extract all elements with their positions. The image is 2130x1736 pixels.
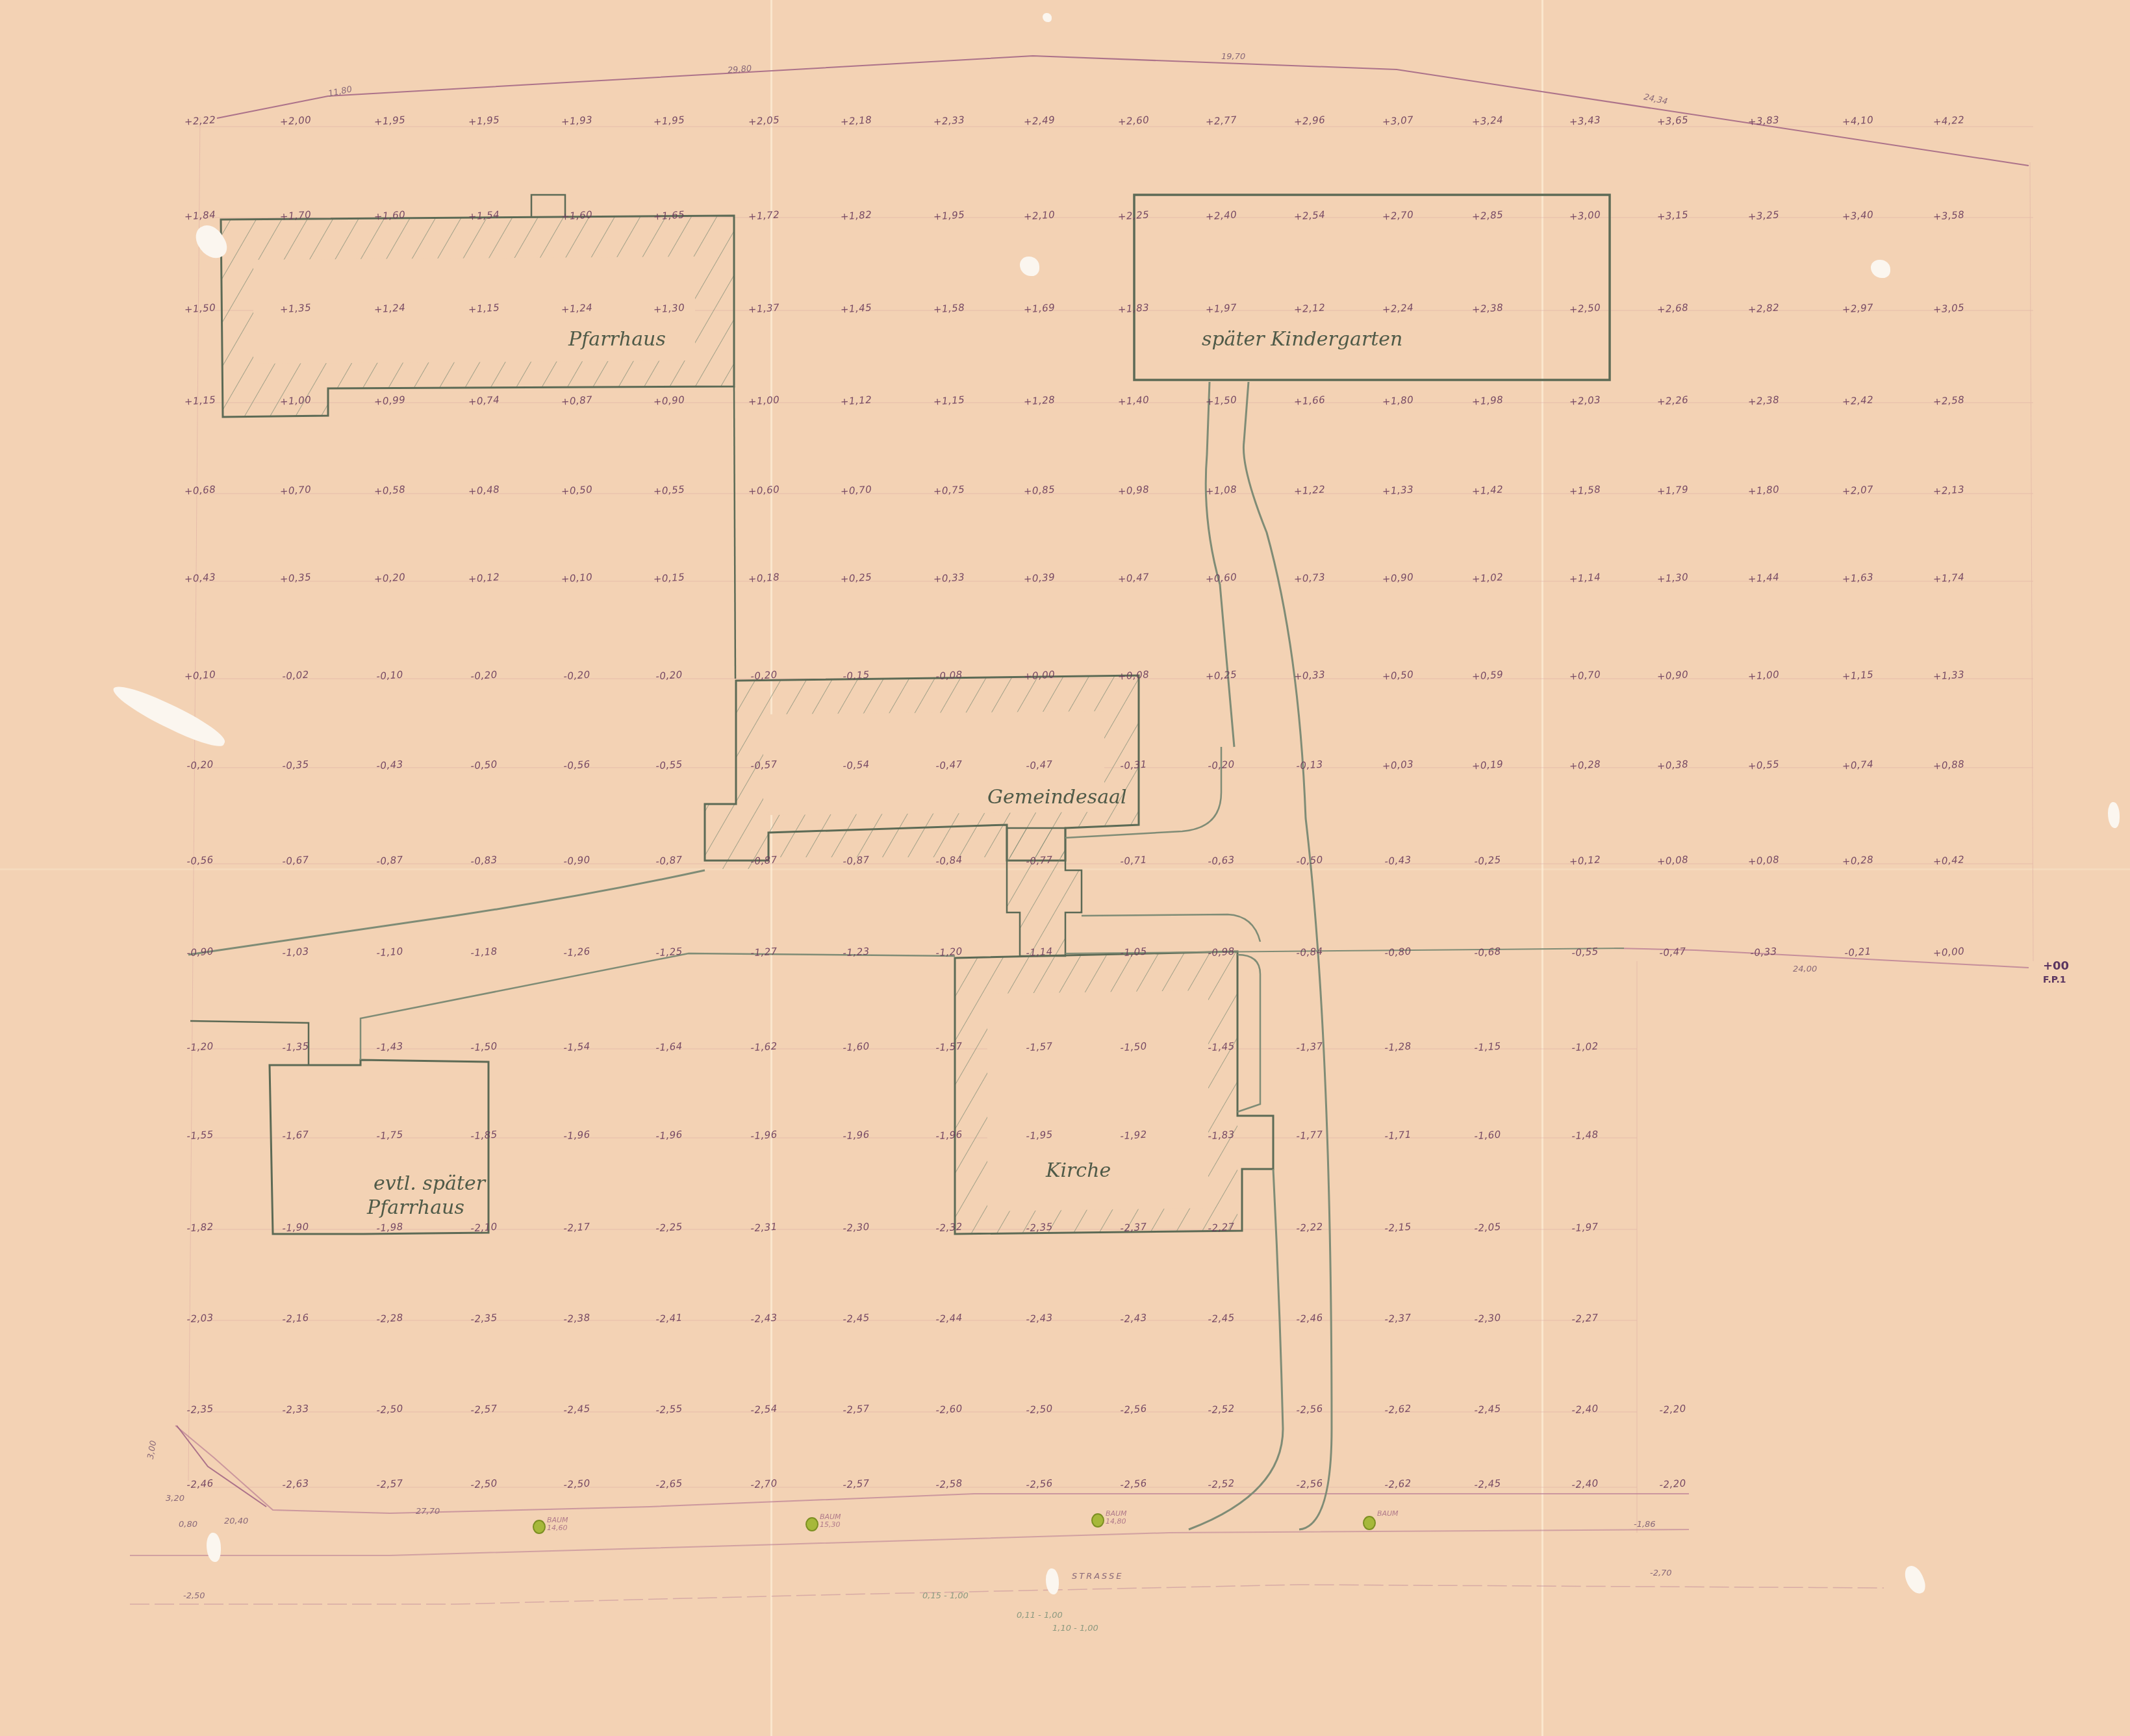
note: -1,86 <box>1634 1520 1656 1529</box>
elevation-value: +1,33 <box>1933 668 1965 682</box>
elevation-value: -2,30 <box>1474 1312 1501 1326</box>
elevation-value: -2,40 <box>1571 1403 1599 1416</box>
elevation-value: -0,87 <box>376 854 403 868</box>
elevation-value: +1,95 <box>653 114 685 127</box>
elevation-value: -0,35 <box>282 759 309 772</box>
elevation-value: -0,02 <box>282 669 309 683</box>
elevation-value: +0,90 <box>1382 571 1414 585</box>
elevation-value: +0,55 <box>1747 758 1780 772</box>
elevation-value: +2,24 <box>1382 301 1414 315</box>
elevation-value: -1,82 <box>186 1221 214 1235</box>
elevation-value: +0,48 <box>468 483 500 497</box>
elevation-value: +0,28 <box>1842 853 1874 867</box>
elevation-value: +0,70 <box>279 483 312 497</box>
elevation-value: -1,85 <box>470 1129 498 1142</box>
elevation-value: -2,55 <box>655 1403 683 1416</box>
elevation-value: +3,83 <box>1747 114 1780 127</box>
elevation-value: +2,58 <box>1933 394 1965 407</box>
elevation-value: -2,37 <box>1120 1221 1147 1235</box>
elevation-value: +0,68 <box>184 483 216 497</box>
elevation-value: +2,25 <box>1117 208 1150 222</box>
elevation-value: -2,60 <box>935 1403 963 1416</box>
elevation-value: -1,97 <box>1571 1221 1599 1235</box>
elevation-value: -0,71 <box>1120 854 1147 868</box>
elevation-value: -0,20 <box>1208 759 1235 772</box>
elevation-value: -1,10 <box>376 946 403 959</box>
elevation-value: -2,45 <box>1474 1403 1501 1416</box>
elevation-value: -0,98 <box>1208 946 1235 959</box>
tree-icon <box>1091 1513 1104 1528</box>
elevation-value: +2,05 <box>748 114 780 127</box>
property-boundary-top <box>217 56 2029 166</box>
elevation-value: +3,58 <box>1933 208 1965 222</box>
paper-tear <box>1043 13 1052 22</box>
elevation-value: -2,35 <box>470 1312 498 1326</box>
elevation-value: +0,90 <box>653 394 685 407</box>
elevation-value: +1,60 <box>374 208 406 222</box>
elevation-value: -1,05 <box>1120 946 1147 959</box>
street-line-1 <box>175 1426 1689 1513</box>
elevation-value: -0,50 <box>1296 854 1323 868</box>
elevation-value: -2,45 <box>1208 1312 1235 1326</box>
elevation-value: -1,27 <box>750 946 778 959</box>
elevation-value: -1,96 <box>655 1129 683 1142</box>
elevation-value: -2,33 <box>282 1403 309 1416</box>
dimension-label: 27,70 <box>416 1507 440 1516</box>
elevation-value: -1,48 <box>1571 1129 1599 1142</box>
elevation-value: +1,00 <box>748 394 780 407</box>
elevation-value: +2,26 <box>1656 394 1689 407</box>
elevation-value: +2,12 <box>1293 301 1326 315</box>
tree-label: BAUM <box>1377 1510 1399 1518</box>
elevation-value: +1,22 <box>1293 483 1326 497</box>
elevation-value: -1,28 <box>1384 1040 1412 1054</box>
elevation-value: -0,80 <box>1384 946 1412 959</box>
elevation-value: +0,08 <box>1117 668 1150 682</box>
elevation-value: -1,92 <box>1120 1129 1147 1142</box>
elevation-value: +1,54 <box>468 208 500 222</box>
elevation-value: -0,57 <box>750 759 778 772</box>
elevation-value: -2,62 <box>1384 1478 1412 1491</box>
elevation-value: -2,50 <box>470 1478 498 1491</box>
elevation-value: +0,10 <box>184 668 216 682</box>
elevation-value: -2,10 <box>470 1221 498 1235</box>
elevation-value: -1,57 <box>1026 1040 1053 1054</box>
elevation-value: +1,69 <box>1023 301 1056 315</box>
elevation-value: -1,03 <box>282 946 309 959</box>
elevation-value: +1,98 <box>1471 394 1504 407</box>
elevation-value: -2,43 <box>1120 1312 1147 1326</box>
elevation-value: +0,88 <box>1933 758 1965 772</box>
elevation-value: +0,99 <box>374 394 406 407</box>
dimension-label: 19,70 <box>1221 52 1245 62</box>
elevation-value: -2,70 <box>750 1478 778 1491</box>
elevation-value: +1,66 <box>1293 394 1326 407</box>
elevation-value: -1,96 <box>843 1129 870 1142</box>
elevation-value: +0,58 <box>374 483 406 497</box>
elevation-value: +3,40 <box>1842 208 1874 222</box>
elevation-value: +1,95 <box>933 208 965 222</box>
elevation-value: +2,22 <box>184 114 216 127</box>
elevation-value: +2,82 <box>1747 301 1780 315</box>
elevation-value: +0,74 <box>468 394 500 407</box>
elevation-value: -0,20 <box>470 669 498 683</box>
elevation-value: -0,10 <box>376 669 403 683</box>
elevation-value: +2,97 <box>1842 301 1874 315</box>
elevation-value: -2,35 <box>186 1403 214 1416</box>
driveway-left <box>1206 382 1234 747</box>
elevation-value: -1,23 <box>843 946 870 959</box>
elevation-value: +0,38 <box>1656 758 1689 772</box>
elevation-value: +2,03 <box>1569 394 1601 407</box>
elevation-value: -1,26 <box>563 946 590 959</box>
elevation-value: -2,65 <box>655 1478 683 1491</box>
elevation-value: +1,58 <box>933 301 965 315</box>
elevation-value: -2,38 <box>563 1312 590 1326</box>
elevation-value: -2,50 <box>1026 1403 1053 1416</box>
elevation-value: -1,35 <box>282 1040 309 1054</box>
elevation-value: +1,95 <box>374 114 406 127</box>
elevation-value: +2,33 <box>933 114 965 127</box>
elevation-value: +2,42 <box>1842 394 1874 407</box>
elevation-value: +0,85 <box>1023 483 1056 497</box>
elevation-value: +0,87 <box>561 394 593 407</box>
elevation-value: -2,56 <box>1120 1478 1147 1491</box>
elevation-value: -2,25 <box>655 1221 683 1235</box>
label-pfarrhaus-later-2: Pfarrhaus <box>367 1196 464 1219</box>
paper-tear <box>1046 1568 1059 1594</box>
elevation-value: +0,55 <box>653 483 685 497</box>
dimension-label: 24,00 <box>1793 964 1817 974</box>
elevation-value: -0,47 <box>935 759 963 772</box>
elevation-value: -2,31 <box>750 1221 778 1235</box>
elevation-value: -0,67 <box>282 854 309 868</box>
elevation-value: +1,30 <box>653 301 685 315</box>
elevation-value: -2,45 <box>1474 1478 1501 1491</box>
elevation-value: +0,33 <box>933 571 965 585</box>
elevation-value: -1,96 <box>750 1129 778 1142</box>
elevation-value: +0,19 <box>1471 758 1504 772</box>
elevation-value: -0,20 <box>186 759 214 772</box>
label-gemeindesaal: Gemeindesaal <box>987 786 1127 809</box>
elevation-value: -2,15 <box>1384 1221 1412 1235</box>
elevation-value: -1,50 <box>1120 1040 1147 1054</box>
elevation-value: -1,83 <box>1208 1129 1235 1142</box>
elevation-value: +1,00 <box>1747 668 1780 682</box>
elevation-value: -2,03 <box>186 1312 214 1326</box>
note: 0,11 - 1,00 <box>1017 1611 1063 1620</box>
elevation-value: -0,21 <box>1844 946 1871 959</box>
elevation-value: +0,00 <box>1023 668 1056 682</box>
elevation-value: -0,47 <box>1659 946 1686 959</box>
dimension-label: 3,20 <box>166 1494 184 1503</box>
elevation-value: +2,68 <box>1656 301 1689 315</box>
elevation-value: -0,13 <box>1296 759 1323 772</box>
elevation-value: +0,20 <box>374 571 406 585</box>
elevation-value: -1,96 <box>935 1129 963 1142</box>
elevation-value: -2,50 <box>563 1478 590 1491</box>
elevation-value: +1,33 <box>1382 483 1414 497</box>
elevation-value: +0,25 <box>840 571 872 585</box>
elevation-value: -2,43 <box>750 1312 778 1326</box>
elevation-value: +3,00 <box>1569 208 1601 222</box>
elevation-value: +0,18 <box>748 571 780 585</box>
label-kirche: Kirche <box>1046 1159 1111 1182</box>
elevation-value: +0,60 <box>1205 571 1237 585</box>
elevation-value: -2,62 <box>1384 1403 1412 1416</box>
elevation-value: +0,90 <box>1656 668 1689 682</box>
elevation-value: +0,70 <box>1569 668 1601 682</box>
elevation-value: +1,58 <box>1569 483 1601 497</box>
paper-tear <box>2108 802 2120 828</box>
elevation-value: -1,55 <box>186 1129 214 1142</box>
elevation-value: -1,71 <box>1384 1129 1412 1142</box>
elevation-value: +0,47 <box>1117 571 1150 585</box>
elevation-value: +1,50 <box>184 301 216 315</box>
elevation-value: +1,02 <box>1471 571 1504 585</box>
elevation-value: -2,52 <box>1208 1478 1235 1491</box>
site-plan-drawing <box>0 0 2130 1736</box>
elevation-value: +2,38 <box>1471 301 1504 315</box>
elevation-value: -2,54 <box>750 1403 778 1416</box>
elevation-value: +1,70 <box>279 208 312 222</box>
elevation-value: +4,10 <box>1842 114 1874 127</box>
elevation-value: +3,24 <box>1471 114 1504 127</box>
elevation-value: -1,67 <box>282 1129 309 1142</box>
elevation-value: +1,95 <box>468 114 500 127</box>
elevation-value: -0,56 <box>563 759 590 772</box>
elevation-value: -2,43 <box>1026 1312 1053 1326</box>
elevation-value: -1,25 <box>655 946 683 959</box>
street-line-3 <box>130 1585 1884 1604</box>
elevation-value: -1,54 <box>563 1040 590 1054</box>
note: -2,50 <box>183 1591 205 1601</box>
elevation-value: -0,90 <box>186 946 214 959</box>
elevation-value: +1,60 <box>561 208 593 222</box>
elevation-value: +1,24 <box>561 301 593 315</box>
label-kindergarten: später Kindergarten <box>1202 328 1402 351</box>
elevation-value: +0,59 <box>1471 668 1504 682</box>
elevation-value: -1,45 <box>1208 1040 1235 1054</box>
elevation-value: -2,35 <box>1026 1221 1053 1235</box>
elevation-value: -1,75 <box>376 1129 403 1142</box>
elevation-value: +0,43 <box>184 571 216 585</box>
elevation-value: +2,00 <box>279 114 312 127</box>
elevation-value: -0,20 <box>563 669 590 683</box>
elevation-value: +1,93 <box>561 114 593 127</box>
elevation-value: -2,56 <box>1120 1403 1147 1416</box>
elevation-value: -2,41 <box>655 1312 683 1326</box>
elevation-value: -2,37 <box>1384 1312 1412 1326</box>
paper-tear <box>207 1533 221 1562</box>
elevation-value: -1,20 <box>935 946 963 959</box>
elevation-value: -0,63 <box>1208 854 1235 868</box>
elevation-value: -2,30 <box>843 1221 870 1235</box>
elevation-value: -2,56 <box>1296 1403 1323 1416</box>
elevation-value: -1,98 <box>376 1221 403 1235</box>
elevation-value: -1,18 <box>470 946 498 959</box>
elevation-value: -2,56 <box>1296 1478 1323 1491</box>
elevation-value: +0,08 <box>1747 853 1780 867</box>
elevation-value: -2,50 <box>376 1403 403 1416</box>
elevation-value: -2,27 <box>1208 1221 1235 1235</box>
elevation-value: +3,65 <box>1656 114 1689 127</box>
elevation-value: +2,77 <box>1205 114 1237 127</box>
tree-icon <box>533 1520 546 1534</box>
elevation-value: -0,77 <box>1026 854 1053 868</box>
elevation-value: -2,63 <box>282 1478 309 1491</box>
elevation-value: +1,15 <box>468 301 500 315</box>
elevation-value: +0,10 <box>561 571 593 585</box>
elevation-value: -2,20 <box>1659 1403 1686 1416</box>
elevation-value: +3,05 <box>1933 301 1965 315</box>
elevation-value: -2,57 <box>470 1403 498 1416</box>
elevation-value: -1,14 <box>1026 946 1053 959</box>
elevation-value: -2,28 <box>376 1312 403 1326</box>
elevation-value: +2,96 <box>1293 114 1326 127</box>
elevation-value: -1,77 <box>1296 1129 1323 1142</box>
elevation-value: +1,50 <box>1205 394 1237 407</box>
elevation-value: -2,57 <box>843 1478 870 1491</box>
elevation-value: -1,50 <box>470 1040 498 1054</box>
elevation-value: +0,03 <box>1382 758 1414 772</box>
elevation-value: +0,98 <box>1117 483 1150 497</box>
elevation-value: -0,83 <box>470 854 498 868</box>
elevation-value: +2,13 <box>1933 483 1965 497</box>
elevation-value: +1,80 <box>1382 394 1414 407</box>
elevation-value: +1,14 <box>1569 571 1601 585</box>
elevation-value: +0,25 <box>1205 668 1237 682</box>
elevation-value: -2,46 <box>1296 1312 1323 1326</box>
elevation-value: +0,74 <box>1842 758 1874 772</box>
elevation-value: +1,12 <box>840 394 872 407</box>
elevation-value: -1,62 <box>750 1040 778 1054</box>
elevation-value: -2,58 <box>935 1478 963 1491</box>
elevation-value: -0,08 <box>935 669 963 683</box>
elevation-value: -0,87 <box>655 854 683 868</box>
building-kindergarten <box>1134 195 1610 380</box>
elevation-value: +3,25 <box>1747 208 1780 222</box>
elevation-value: +0,73 <box>1293 571 1326 585</box>
elevation-value: +1,15 <box>1842 668 1874 682</box>
elevation-value: +1,24 <box>374 301 406 315</box>
elevation-value: +2,10 <box>1023 208 1056 222</box>
elevation-value: -0,33 <box>1750 946 1777 959</box>
street-label: STRASSE <box>1072 1572 1123 1581</box>
elevation-value: +1,30 <box>1656 571 1689 585</box>
elevation-value: -2,57 <box>843 1403 870 1416</box>
elevation-value: +1,74 <box>1933 571 1965 585</box>
tree-icon <box>805 1517 818 1531</box>
elevation-value: -0,43 <box>1384 854 1412 868</box>
elevation-value: +2,40 <box>1205 208 1237 222</box>
elevation-value: +1,84 <box>184 208 216 222</box>
elevation-value: -2,40 <box>1571 1478 1599 1491</box>
elevation-value: -1,20 <box>186 1040 214 1054</box>
elevation-value: -1,02 <box>1571 1040 1599 1054</box>
elevation-value: -2,52 <box>1208 1403 1235 1416</box>
note: 1,10 - 1,00 <box>1052 1624 1098 1633</box>
elevation-value: -0,84 <box>1296 946 1323 959</box>
elevation-value: -0,84 <box>935 854 963 868</box>
elevation-value: +2,60 <box>1117 114 1150 127</box>
elevation-value: +4,22 <box>1933 114 1965 127</box>
elevation-value: -2,22 <box>1296 1221 1323 1235</box>
elevation-value: -0,54 <box>843 759 870 772</box>
building-connector <box>1007 828 1082 956</box>
elevation-value: +0,39 <box>1023 571 1056 585</box>
elevation-value: +0,12 <box>1569 853 1601 867</box>
paper-sheet: +2,22+2,00+1,95+1,95+1,93+1,95+2,05+2,18… <box>0 0 2130 1736</box>
elevation-value: -0,50 <box>470 759 498 772</box>
elevation-value: +1,45 <box>840 301 872 315</box>
elevation-value: -2,57 <box>376 1478 403 1491</box>
elevation-value: +0,75 <box>933 483 965 497</box>
elevation-value: -2,44 <box>935 1312 963 1326</box>
elevation-value: -2,16 <box>282 1312 309 1326</box>
elevation-value: -2,17 <box>563 1221 590 1235</box>
elevation-value: +0,50 <box>561 483 593 497</box>
elevation-value: +0,12 <box>468 571 500 585</box>
elevation-value: -1,37 <box>1296 1040 1323 1054</box>
elevation-value: +1,44 <box>1747 571 1780 585</box>
elevation-value: +3,43 <box>1569 114 1601 127</box>
elevation-value: +2,38 <box>1747 394 1780 407</box>
tree-icon <box>1363 1516 1376 1530</box>
elevation-value: -0,68 <box>1474 946 1501 959</box>
elevation-value: -2,27 <box>1571 1312 1599 1326</box>
elevation-value: -0,55 <box>655 759 683 772</box>
elevation-value: -2,45 <box>843 1312 870 1326</box>
elevation-value: +0,28 <box>1569 758 1601 772</box>
elevation-value: +1,63 <box>1842 571 1874 585</box>
elevation-value: -0,20 <box>655 669 683 683</box>
elevation-value: +1,72 <box>748 208 780 222</box>
elevation-value: +1,42 <box>1471 483 1504 497</box>
elevation-value: -1,96 <box>563 1129 590 1142</box>
note: -2,70 <box>1650 1568 1672 1578</box>
elevation-value: +0,60 <box>748 483 780 497</box>
elevation-value: -2,05 <box>1474 1221 1501 1235</box>
elevation-value: -0,56 <box>186 854 214 868</box>
elevation-value: -1,60 <box>1474 1129 1501 1142</box>
elevation-value: +2,85 <box>1471 208 1504 222</box>
elevation-value: -0,47 <box>1026 759 1053 772</box>
elevation-value: +0,15 <box>653 571 685 585</box>
elevation-value: -0,87 <box>750 854 778 868</box>
elevation-value: +2,50 <box>1569 301 1601 315</box>
elevation-value: +0,35 <box>279 571 312 585</box>
elevation-value: -1,90 <box>282 1221 309 1235</box>
dimension-label: 0,80 <box>179 1520 197 1529</box>
elevation-value: +1,82 <box>840 208 872 222</box>
elevation-value: +2,49 <box>1023 114 1056 127</box>
elevation-value: +1,80 <box>1747 483 1780 497</box>
elevation-value: +0,08 <box>1656 853 1689 867</box>
tree-label: BAUM14,60 <box>547 1516 568 1532</box>
elevation-value: +2,18 <box>840 114 872 127</box>
elevation-value: +1,15 <box>184 394 216 407</box>
label-pfarrhaus-later-1: evtl. später <box>374 1172 485 1195</box>
elevation-value: -1,43 <box>376 1040 403 1054</box>
elevation-value: +2,54 <box>1293 208 1326 222</box>
tree-label: BAUM15,30 <box>820 1513 841 1529</box>
elevation-value: -2,20 <box>1659 1478 1686 1491</box>
elevation-value: +0,70 <box>840 483 872 497</box>
elevation-value: +2,07 <box>1842 483 1874 497</box>
dimension-label: 20,40 <box>224 1516 248 1526</box>
elevation-value: -0,25 <box>1474 854 1501 868</box>
